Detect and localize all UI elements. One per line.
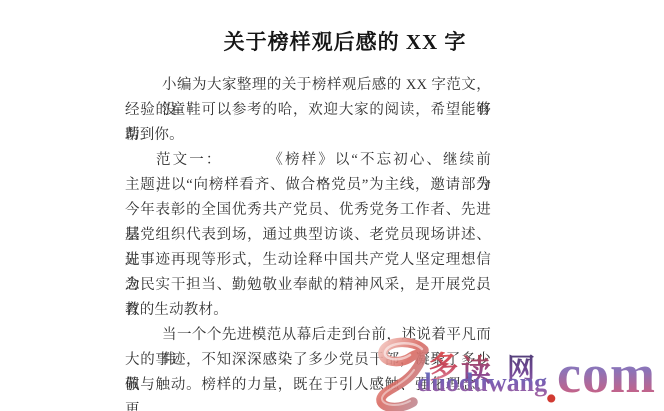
watermark-tld-text: com xyxy=(557,343,656,405)
paragraph-fanwen1-line: 今年表彰的全国优秀共产党员、优秀党务工作者、先进基 xyxy=(125,198,491,223)
document-body: 小编为大家整理的关于榜样观后感的 XX 字范文，没有 经验的童鞋可以参考的哈，欢… xyxy=(125,73,491,398)
fanwen1-label: 范文一： xyxy=(156,152,222,168)
watermark-dot: . xyxy=(545,356,558,411)
paragraph-fanwen1-first-line: 范文一：《榜样》以“不忘初心、继续前进”为 xyxy=(125,148,491,173)
paragraph-fanwen1-line: 主题，以“向榜样看齐、做合格党员”为主线，邀请部分 xyxy=(125,173,491,198)
paragraph-intro-line: 小编为大家整理的关于榜样观后感的 XX 字范文，没有 xyxy=(125,73,491,98)
paragraph-fanwen1-line: 层党组织代表到场，通过典型访谈、老党员现场讲述、先 xyxy=(125,223,491,248)
paragraph-reflection-line: 佩与触动。榜样的力量，既在于引人感触、强化理念，更 xyxy=(125,373,491,398)
paragraph-fanwen1-line: 进事迹再现等形式，生动诠释中国共产党人坚定理想信念、 xyxy=(125,248,491,273)
document-title: 关于榜样观后感的 XX 字 xyxy=(0,26,664,56)
document-page: 关于榜样观后感的 XX 字 小编为大家整理的关于榜样观后感的 XX 字范文，没有… xyxy=(0,0,664,411)
watermark-char-wang: 网 xyxy=(507,347,535,387)
paragraph-reflection-line: 大的事迹，不知深深感染了多少党员干部，凝聚了多少敬 xyxy=(125,348,491,373)
label-gap xyxy=(222,163,266,164)
paragraph-intro-line: 助到你。 xyxy=(125,123,491,148)
paragraph-fanwen1-line: 为民实干担当、勤勉敬业奉献的精神风采，是开展党员教 xyxy=(125,273,491,298)
paragraph-intro-line: 经验的童鞋可以参考的哈，欢迎大家的阅读，希望能够帮 xyxy=(125,98,491,123)
paragraph-fanwen1-line: 育的生动教材。 xyxy=(125,298,491,323)
paragraph-reflection-line: 当一个个先进模范从幕后走到台前，述说着平凡而伟 xyxy=(125,323,491,348)
